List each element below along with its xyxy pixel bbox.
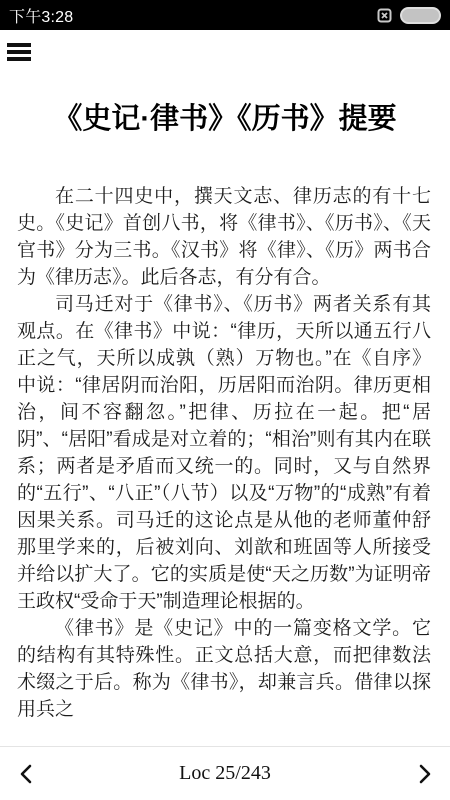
sim-missing-icon (377, 8, 392, 23)
page-title: 《史记·律书》《历书》提要 (14, 101, 436, 139)
page-body: 在二十四史中，撰天文志、律历志的有十七史。《史记》首创八书，将《律书》、《历书》… (17, 183, 431, 723)
bottom-nav: Loc 25/243 (0, 746, 450, 800)
location-indicator: Loc 25/243 (179, 762, 271, 785)
paragraph: 在二十四史中，撰天文志、律历志的有十七史。《史记》首创八书，将《律书》、《历书》… (17, 183, 431, 291)
hamburger-menu-icon (7, 43, 31, 47)
hamburger-menu-button[interactable] (7, 43, 31, 61)
status-time: 下午3:28 (9, 4, 73, 27)
reader-screen: 下午3:28 《史记·律书》《历书》提要 在二十四史中，撰天文志、律历志的有十七… (0, 0, 450, 800)
status-icons (377, 7, 441, 24)
chevron-right-icon (419, 764, 432, 784)
battery-icon (400, 7, 441, 24)
paragraph: 《律书》是《史记》中的一篇变格文学。它的结构有其特殊性。正文总括大意，而把律数法… (17, 615, 431, 723)
chevron-left-icon (19, 764, 32, 784)
prev-page-button[interactable] (14, 762, 36, 786)
paragraph: 司马迁对于《律书》、《历书》两者关系有其观点。在《律书》中说：“律历，天所以通五… (17, 291, 431, 615)
status-bar: 下午3:28 (0, 0, 450, 30)
next-page-button[interactable] (414, 762, 436, 786)
